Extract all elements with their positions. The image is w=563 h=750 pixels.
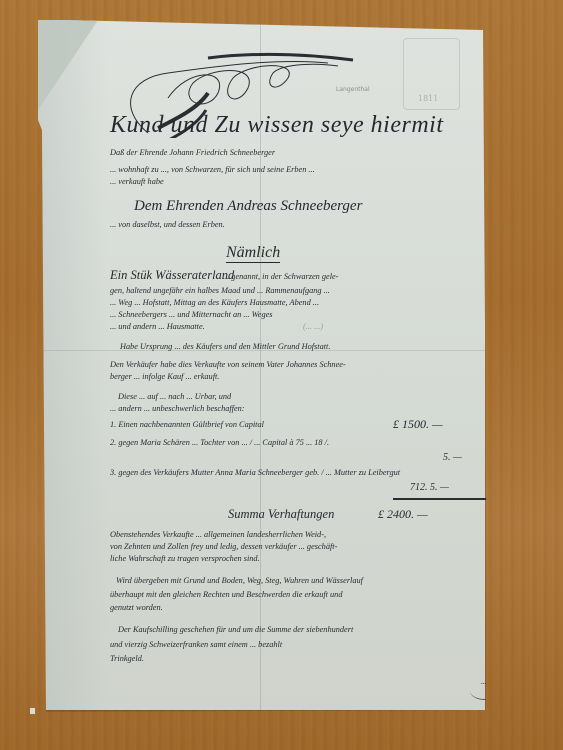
item-2: 2. gegen Maria Schären ... Tochter von .… xyxy=(110,438,329,447)
price-line-3: Trinkgeld. xyxy=(110,654,144,663)
closing-4: überhaupt mit den gleichen Rechten und B… xyxy=(110,590,342,599)
summa-label: Summa Verhaftungen xyxy=(228,507,334,522)
encumbrance-intro-0: Diese ... auf ... nach ... Urbar, und xyxy=(118,392,231,401)
closing-3: Wird übergeben mit Grund und Boden, Weg,… xyxy=(116,576,363,585)
signature-mark: ... ... xyxy=(470,677,506,700)
pencil-note-middle: (... ...) xyxy=(303,322,323,331)
buyer-line: Dem Ehrenden Andreas Schneeberger xyxy=(134,198,362,215)
document-sheet: 1811 Langenthal Kund und Zu wissen seye … xyxy=(38,20,485,710)
closing-1: von Zehnten und Zollen frey und ledig, d… xyxy=(110,542,337,551)
property-text-3: ... Schneebergers ... und Mitternacht an… xyxy=(110,310,273,319)
item-1: 1. Einen nachbenannten Gültbrief von Cap… xyxy=(110,420,264,429)
closing-2: liche Wahrschaft zu tragen versprochen s… xyxy=(110,554,260,563)
namlich-heading: Nämlich xyxy=(226,242,280,262)
price-line-1: Der Kaufschilling geschehen für und um d… xyxy=(118,625,353,634)
sum-rule xyxy=(393,498,488,500)
property-text-4: ... und andern ... Hausmatte. xyxy=(110,322,205,331)
closing-5: genutzt worden. xyxy=(110,603,163,612)
seller-line: Daß der Ehrende Johann Friedrich Schneeb… xyxy=(110,148,275,157)
pencil-note: Langenthal xyxy=(336,86,370,93)
item-3-amount: 712. 5. — xyxy=(410,482,449,493)
property-text-0: ... genannt, in der Schwarzen gele- xyxy=(223,272,338,281)
buyer-detail: ... von daselbst, und dessen Erben. xyxy=(110,220,225,229)
item-2-amount: 5. — xyxy=(443,452,462,463)
watermark-stamp: 1811 xyxy=(403,38,460,110)
encumbrance-intro-1: ... andern ... unbeschwerlich beschaffen… xyxy=(110,404,245,413)
paragraph-1: Den Verkäufer habe dies Verkaufte von se… xyxy=(110,360,346,369)
summa-amount: £ 2400. — xyxy=(378,507,428,522)
item-3: 3. gegen des Verkäufers Mutter Anna Mari… xyxy=(110,468,400,477)
property-text-1: gen, haltend ungefähr ein halbes Maad un… xyxy=(110,286,330,295)
folded-corner xyxy=(38,20,98,110)
paragraph-2: berger ... infolge Kauf ... erkauft. xyxy=(110,372,219,381)
property-title: Ein Stük Wässeraterland xyxy=(110,268,234,283)
closing-0: Obenstehendes Verkaufte ... allgemeinen … xyxy=(110,530,326,539)
paper-tear xyxy=(30,708,35,714)
seller-detail-2: ... verkauft habe xyxy=(110,177,164,186)
property-text-2: ... Weg ... Hofstatt, Mittag an des Käuf… xyxy=(110,298,319,307)
document-heading: Kund und Zu wissen seye hiermit xyxy=(110,112,444,139)
item-1-amount: £ 1500. — xyxy=(393,417,443,432)
price-line-2: und vierzig Schweizerfranken samt einem … xyxy=(110,640,282,649)
paragraph-0: Habe Ursprung ... des Käufers und den Mi… xyxy=(120,342,330,351)
seller-detail-1: ... wohnhaft zu ..., von Schwarzen, für … xyxy=(110,165,315,174)
